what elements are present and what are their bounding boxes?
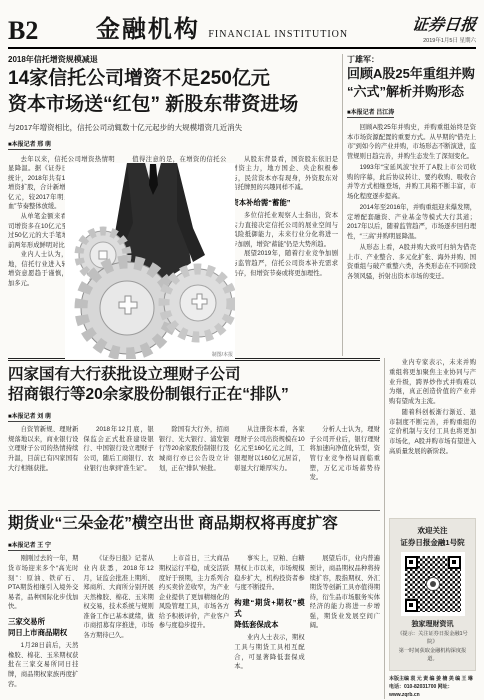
paragraph: 除国有大行外，招商银行、光大银行、浦发银行等20余家股份制银行及城商行亦已公告设… [159,425,229,473]
qr-note-line2: 第一时间获取金融机构深度报道。 [395,648,470,664]
paragraph: 业内专家表示，未来并购重组将更加聚焦主业协同与产业升级，跨界炒作式并购难以为继，… [389,358,476,407]
paragraph: 事实上，豆粕、白糖期权上市以来，市场规模稳步扩大，机构投资者参与度不断提升。 [234,554,304,592]
qr-caption: 独家理财资讯 [395,619,470,629]
article-commodity-options: 期货业“三朵金花”横空出世 商品期权将再度扩容 ■本报记者 王 宁 刚刚过去的一… [8,510,380,700]
section-title-cn: 金融机构 [96,16,200,43]
paragraph: 从股东背景看，国资股东依旧是增资主力，地方国企、央企积极参与，民营资本亦有现身，… [231,155,338,193]
article-trust-capital: 2018年信托增资规模减退 14家信托公司增资不足250亿元 资本市场送“红包”… [8,54,338,356]
article2-body: 回顾A股25年并购史，并购重组始终是资本市场资源配置的重要方式。从早期的“借壳上… [347,123,476,309]
text-column: 刚刚过去的一年，期货市场迎来多个“高光时刻”：原油、铁矿石、PTA期货相继引入境… [8,554,78,700]
paragraph: 1月28日前后，天然橡胶、棉花、玉米期权获批在三家交易所同日挂牌，商品期权家族再… [8,641,78,689]
paragraph: 展望2019年，随着行业竞争加剧与监管趋严，信托公司资本补充需求仍存，但增资节奏… [231,249,338,278]
paragraph-subhead: 三家交易所 同日上市商品期权 [8,616,78,639]
text-column: 《证券日报》记者从业内获悉，2018年12月，证监会批准上期所、郑商所、大商所分… [83,554,153,700]
paragraph: 自资管新规、理财新规落地以来，商业银行设立理财子公司的热情持续升温，目前已有四家… [8,425,78,473]
article1-kicker: 2018年信托增资规模减退 [8,54,338,65]
qr-marker-icon [405,556,418,569]
paragraph: 从形态上看，A股并购大致可归纳为借壳上市、产业整合、多元化扩张、海外并购、国资重… [347,243,476,282]
article1-deck: 与2017年增资相比，信托公司动辄数十亿元起步的大规模增资几近消失 [8,122,338,133]
article-bank-wealth-subsidiaries: 四家国有大行获批设立理财子公司 招商银行等20余家股份制银行正在“排队” ■本报… [8,358,380,505]
section-title: 金融机构 FINANCIAL INSTITUTION [78,9,366,44]
text-column: 展望后市，业内普遍预计，商品期权品种将持续扩容，股指期权、外汇期货等创新工具亦值… [310,554,380,700]
paragraph-subhead: 资本补给需“蓄能” [231,197,338,208]
paragraph: 从注册资本看，各家理财子公司出资规模在10亿元至160亿元之间，工银理财以160… [234,425,304,473]
page-header: B2 金融机构 FINANCIAL INSTITUTION 证券日报 2019年… [8,8,476,44]
header-rule [8,47,476,49]
staff-credits-line2: 电话：010-82031700 网址：www.zqrb.cn [389,683,476,699]
paragraph: 2018年12月底，银保监会正式批准建设银行、中国银行设立理财子公司，随后工商银… [83,425,153,473]
page-number: B2 [8,18,78,44]
article4-byline: ■本报记者 王 宁 [8,540,51,551]
article3-columns: 自资管新规、理财新规落地以来，商业银行设立理财子公司的热情持续升温，目前已有四家… [8,425,380,505]
article1-byline: ■本报记者 邢 萌 [8,139,51,150]
column-divider [342,54,343,356]
qr-marker-icon [405,599,418,612]
paragraph: 业内人士表示，期权工具与期货工具相互配合，可显著降低套保成本。 [234,633,304,671]
article3-byline: ■本报记者 刘 萌 [8,411,51,422]
text-column: 除国有大行外，招商银行、光大银行、浦发银行等20余家股份制银行及城商行亦已公告设… [159,425,229,505]
article4-headline: 期货业“三朵金花”横空出世 商品期权将再度扩容 [8,514,380,534]
text-column: 上市首日，三大商品期权运行平稳，成交活跃度好于预期，主力系列合约买卖价差收窄，为… [159,554,229,700]
section-title-en: FINANCIAL INSTITUTION [208,29,348,40]
qr-code [401,552,465,616]
column-divider [384,358,385,699]
illustration-credit: 制图/本报 [212,351,233,358]
article-ma-review: 丁雄军： 回顾A股25年重组并购 “六式”解析并购形态 ■本报记者 吕江涛 回顾… [347,54,476,356]
paragraph: 2014年至2016年，并购重组迎来爆发期，定增配套融资、产业基金等模式大行其道… [347,203,476,242]
text-column: 2018年12月底，银保监会正式批准建设银行、中国银行设立理财子公司，随后工商银… [83,425,153,505]
text-column: 自资管新规、理财新规落地以来，商业银行设立理财子公司的热情持续升温，目前已有四家… [8,425,78,505]
newspaper-page: B2 金融机构 FINANCIAL INSTITUTION 证券日报 2019年… [0,0,484,700]
masthead: 证券日报 2019年1月5日 星期六 [366,18,476,44]
qr-title-line2: 证券日报金融1号院 [395,537,470,548]
article2-byline: ■本报记者 吕江涛 [347,107,394,118]
article4-columns: 刚刚过去的一年，期货市场迎来多个“高光时刻”：原油、铁矿石、PTA期货相继引入境… [8,554,380,700]
article2-headline-line1: 回顾A股25年重组并购 [347,66,476,83]
article2-continuation: 业内专家表示，未来并购重组将更加聚焦主业协同与产业升级，跨界炒作式并购难以为继，… [389,358,476,514]
issue-date: 2019年1月5日 星期六 [366,36,476,44]
text-column: 从股东背景看，国资股东依旧是增资主力，地方国企、央企积极参与，民营资本亦有现身，… [231,155,338,361]
article2-kicker: 丁雄军： [347,54,476,65]
qr-marker-icon [448,556,461,569]
paragraph: 刚刚过去的一年，期货市场迎来多个“高光时刻”：原油、铁矿石、PTA期货相继引入境… [8,554,78,611]
paragraph: 多位信托业观察人士指出，资本实力直接决定信托公司的展业空间与风险抵御能力，未来行… [231,211,338,249]
paragraph-subhead: 构建“期货+期权”模式 降低套保成本 [234,597,304,631]
article3-headline-line1: 四家国有大行获批设立理财子公司 [8,365,380,385]
paragraph: 随着科创板渐行渐近、退市制度不断完善，并购重组的定价机制与支付工具也将更加市场化… [389,408,476,457]
text-column: 回顾A股25年并购史，并购重组始终是资本市场资源配置的重要方式。从早期的“借壳上… [347,123,476,283]
text-column: 从注册资本看，各家理财子公司出资规模在10亿元至160亿元之间，工银理财以160… [234,425,304,505]
qr-promo-box: 欢迎关注 证券日报金融1号院 独家理财资讯 《提示：关注证券日报金融1号院》 第… [389,518,476,671]
article1-headline-line2: 资本市场送“红包” 新股东带资进场 [8,93,338,117]
staff-credits: 本版主编 袁 元 责 编 姜 楠 美 编 王 琳 电话：010-82031700… [389,675,476,699]
paragraph: 1993年“宝延风波”拉开了A股上市公司收购的序幕，此后协议转让、要约收购、吸收… [347,163,476,202]
paragraph: 《证券日报》记者从业内获悉，2018年12月，证监会批准上期所、郑商所、大商所分… [83,554,153,640]
article1-headline-line1: 14家信托公司增资不足250亿元 [8,67,338,91]
article2-headline-line2: “六式”解析并购形态 [347,84,476,101]
paragraph: 回顾A股25年并购史，并购重组始终是资本市场资源配置的重要方式。从早期的“借壳上… [347,123,476,162]
gears-illustration: 制图/本报 [65,163,235,359]
qr-center-logo-icon [426,577,440,591]
qr-note-line1: 《提示：关注证券日报金融1号院》 [395,631,470,647]
text-column: 业内专家表示，未来并购重组将更加聚焦主业协同与产业升级，跨界炒作式并购难以为继，… [389,358,476,457]
masthead-logo: 证券日报 [365,18,477,34]
qr-code-pattern [405,556,461,612]
paragraph: 展望后市，业内普遍预计，商品期权品种将持续扩容，股指期权、外汇期货等创新工具亦值… [310,554,380,631]
gears-businessman-graphic [65,163,235,359]
article3-headline-line2: 招商银行等20余家股份制银行正在“排队” [8,385,380,405]
staff-credits-line1: 本版主编 袁 元 责 编 姜 楠 美 编 王 琳 [389,675,476,683]
paragraph: 上市首日，三大商品期权运行平稳，成交活跃度好于预期，主力系列合约买卖价差收窄，为… [159,554,229,631]
text-column: 事实上，豆粕、白糖期权上市以来，市场规模稳步扩大，机构投资者参与度不断提升。构建… [234,554,304,700]
qr-title-line1: 欢迎关注 [395,525,470,536]
text-column: 分析人士认为，理财子公司开业后，银行理财将加速向净值化转型，资管行业竞争格局面临… [310,425,380,505]
paragraph: 分析人士认为，理财子公司开业后，银行理财将加速向净值化转型，资管行业竞争格局面临… [310,425,380,482]
